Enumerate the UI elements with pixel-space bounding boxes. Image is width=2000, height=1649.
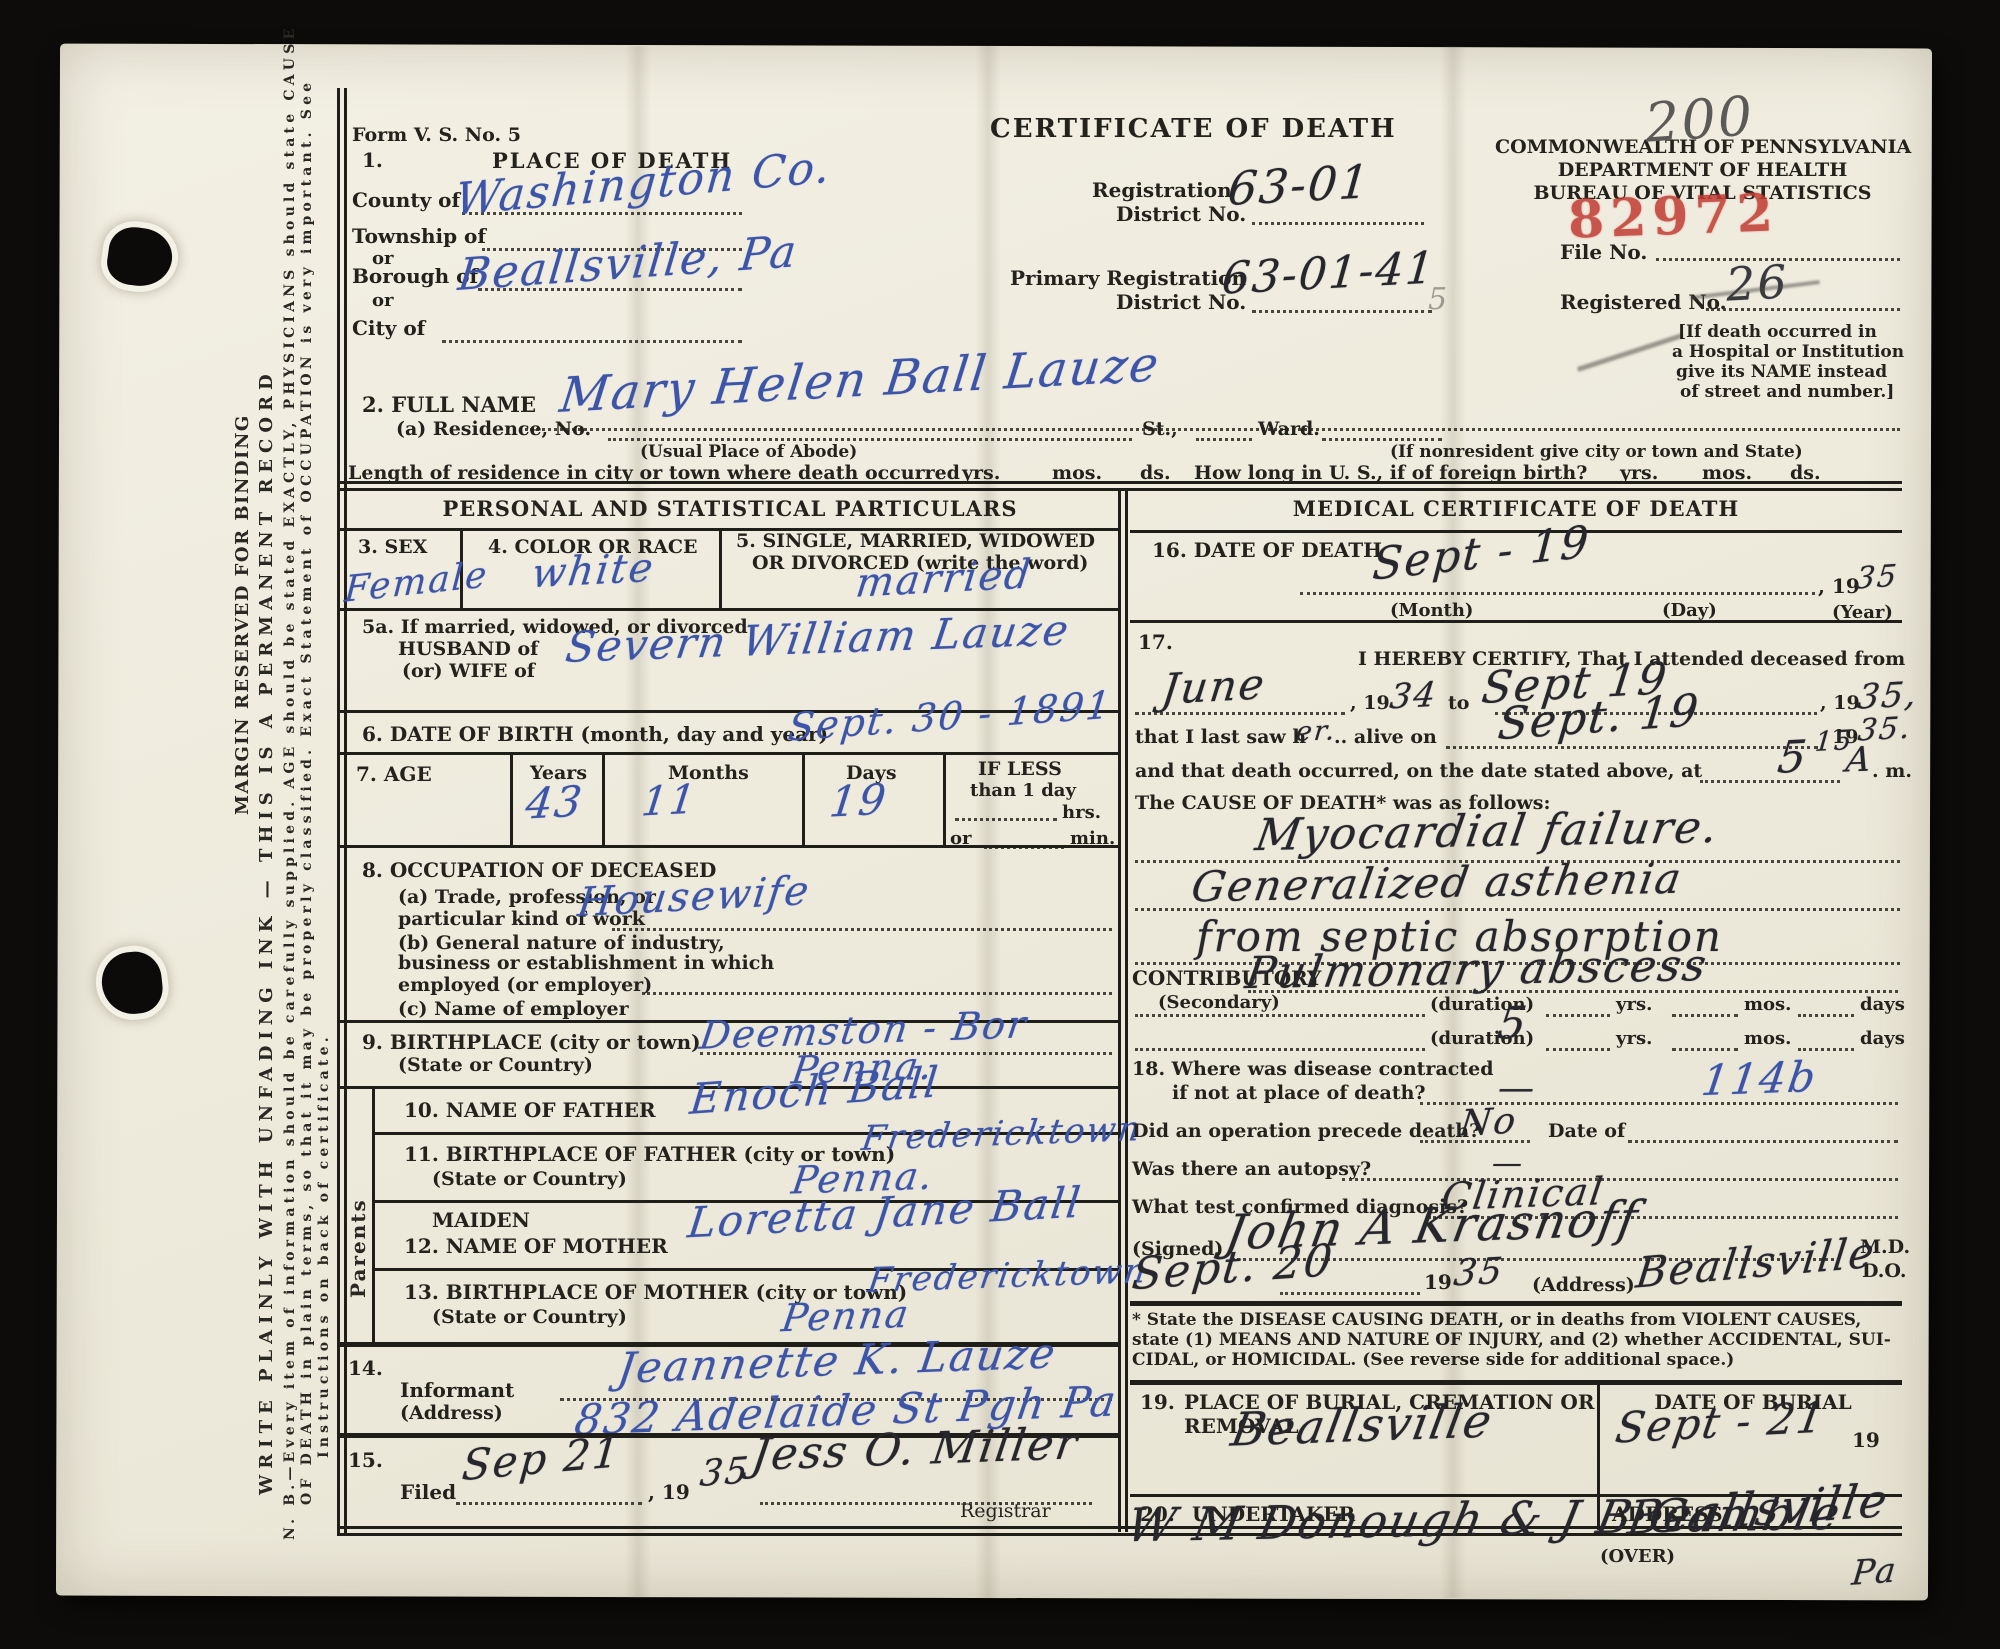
certify-from-year-printed: , 19 xyxy=(1350,692,1390,714)
cause-duration-lead xyxy=(1135,1014,1425,1017)
how-long-yrs: yrs. xyxy=(1620,462,1658,484)
residence-st-line xyxy=(1196,438,1252,441)
death-certificate-scan: MARGIN RESERVED FOR BINDING WRITE PLAINL… xyxy=(0,0,2000,1649)
filed-date-line xyxy=(456,1502,642,1505)
contributory-value: Pulmonary abscess xyxy=(1242,940,1712,999)
certify-saw-pre: that I last saw h xyxy=(1135,726,1306,748)
section1-number: 1. xyxy=(362,148,383,172)
autopsy-line xyxy=(1342,1178,1898,1181)
certify-to-word: to xyxy=(1448,692,1469,714)
how-long-mos: mos. xyxy=(1702,462,1752,484)
sex-label: 3. SEX xyxy=(358,536,427,558)
burial-date-year: 19 xyxy=(1852,1428,1880,1452)
cause-yrs: yrs. xyxy=(1616,994,1652,1015)
length-mos: mos. xyxy=(1052,462,1102,484)
cause-value-2: Generalized asthenia xyxy=(1188,854,1686,912)
marital-label-1: 5. SINGLE, MARRIED, WIDOWED xyxy=(736,530,1095,552)
length-residence-label: Length of residence in city or town wher… xyxy=(348,462,960,484)
operation-label: Did an operation precede death? xyxy=(1132,1120,1480,1142)
signed-year-printed: 19 xyxy=(1424,1270,1452,1294)
dod-line xyxy=(1300,592,1815,595)
city-line xyxy=(442,340,742,343)
occupation-b-line xyxy=(642,992,1112,995)
husband-label-2: HUSBAND of xyxy=(398,638,538,660)
primary-registration-label-1: Primary Registration xyxy=(1010,266,1246,290)
contrib-duration-d1 xyxy=(1546,1048,1610,1051)
hospital-note-2: a Hospital or Institution xyxy=(1672,342,1904,362)
age-years-value: 43 xyxy=(523,776,586,828)
secondary-label: (Secondary) xyxy=(1158,992,1280,1013)
occupation-c: (c) Name of employer xyxy=(398,998,629,1020)
registrar-label: Registrar xyxy=(960,1500,1051,1522)
burial-value: Beallsville xyxy=(1227,1393,1497,1456)
operation-date-label: Date of xyxy=(1548,1120,1625,1142)
certify-to-year-printed: , 19 xyxy=(1820,692,1860,714)
dod-year-written: 35 xyxy=(1854,558,1900,596)
ifless-label-2: than 1 day xyxy=(970,780,1076,801)
contrib-duration-d2 xyxy=(1672,1048,1738,1051)
certify-saw-hw: er. xyxy=(1294,715,1338,748)
contrib-duration-lead xyxy=(1135,1048,1425,1051)
registration-value: 63-01 xyxy=(1226,154,1373,216)
dod-day-caption: (Day) xyxy=(1662,600,1717,621)
footnote-line-1: * State the DISEASE CAUSING DEATH, or in… xyxy=(1132,1310,1861,1330)
certificate-title: CERTIFICATE OF DEATH xyxy=(990,114,1335,144)
informant-label: Informant xyxy=(400,1378,514,1402)
operation-line-2 xyxy=(1628,1140,1898,1143)
township-label: Township of xyxy=(352,224,486,248)
dod-label: 16. DATE OF DEATH xyxy=(1152,538,1382,562)
mother-bp-state-label: (State or Country) xyxy=(432,1306,627,1328)
dob-label: 6. DATE OF BIRTH (month, day and year) xyxy=(362,722,828,746)
age-label: 7. AGE xyxy=(356,762,432,786)
certify-time-line xyxy=(1700,780,1840,783)
form-number: Form V. S. No. 5 xyxy=(352,124,521,146)
husband-label-3: (or) WIFE of xyxy=(402,660,535,682)
certify-from-year-written: 34 xyxy=(1388,675,1440,718)
file-no-label: File No. xyxy=(1560,240,1647,264)
age-months-value: 11 xyxy=(639,776,700,825)
cause-mos: mos. xyxy=(1744,994,1791,1015)
margin-nb-note-2: OF DEATH in plain terms, so that it may … xyxy=(299,79,315,1505)
cause-days: days xyxy=(1860,994,1905,1015)
age-days-value: 19 xyxy=(827,774,890,826)
signed-date-line xyxy=(1280,1292,1420,1295)
margin-nb-note-1: N. B.—Every item of information should b… xyxy=(282,25,298,1540)
hospital-note-3: give its NAME instead xyxy=(1676,362,1887,382)
occupation-a-line xyxy=(612,928,1112,931)
full-name-line xyxy=(525,428,1900,431)
contrib-days: days xyxy=(1860,1028,1905,1049)
margin-nb-note-3: Instructions on back of certificate. xyxy=(316,1033,332,1458)
hospital-note-4: of street and number.] xyxy=(1680,382,1894,402)
hrs-line xyxy=(955,818,1057,821)
margin-binding-note: MARGIN RESERVED FOR BINDING xyxy=(232,414,253,815)
abode-note: (Usual Place of Abode) xyxy=(640,442,857,462)
cause-duration-d2 xyxy=(1672,1014,1738,1017)
signed-year-written: 35 xyxy=(1451,1251,1506,1295)
mother-label: 12. NAME OF MOTHER xyxy=(404,1234,668,1258)
hospital-note-1: [If death occurred in xyxy=(1678,322,1877,342)
ifless-label-1: IF LESS xyxy=(978,758,1062,780)
city-label: City of xyxy=(352,316,425,340)
filed-year-written: 35 xyxy=(698,1450,752,1495)
hrs-label: hrs. xyxy=(1062,802,1101,823)
certify-number: 17. xyxy=(1138,630,1173,654)
race-value: white xyxy=(529,545,657,598)
q18-value: 114b xyxy=(1699,1052,1821,1105)
contrib-duration-d3 xyxy=(1798,1048,1854,1051)
county-label: County of xyxy=(352,188,460,212)
form-left-border xyxy=(337,88,347,1536)
birthplace-state-label: (State or Country) xyxy=(398,1054,593,1076)
occupation-b1: (b) General nature of industry, xyxy=(398,932,725,954)
primary-registration-line xyxy=(1252,310,1432,313)
length-ds: ds. xyxy=(1140,462,1171,484)
burial-number: 19. xyxy=(1140,1390,1175,1414)
filed-number: 15. xyxy=(348,1448,383,1472)
cause-duration-d3 xyxy=(1798,1014,1854,1017)
filed-year-printed: , 19 xyxy=(648,1480,690,1504)
cause-duration-d1 xyxy=(1546,1014,1610,1017)
parents-group-label: Parents xyxy=(346,1198,370,1298)
certify-saw-post: .. alive on xyxy=(1334,726,1437,748)
certify-occurred: and that death occurred, on the date sta… xyxy=(1135,760,1702,782)
residence-st-label: St., xyxy=(1142,418,1178,440)
nonresident-note: (If nonresident give city or town and St… xyxy=(1390,442,1803,462)
certify-time-a: A xyxy=(1844,739,1875,780)
certify-time-m: . m. xyxy=(1872,760,1912,782)
filed-label: Filed xyxy=(400,1480,456,1504)
q18-label-1: 18. Where was disease contracted xyxy=(1132,1058,1493,1080)
footnote-line-3: CIDAL, or HOMICIDAL. (See reverse side f… xyxy=(1132,1350,1734,1370)
autopsy-label: Was there an autopsy? xyxy=(1132,1158,1371,1180)
medical-section-title: MEDICAL CERTIFICATE OF DEATH xyxy=(1130,496,1902,521)
marital-value: married xyxy=(853,551,1035,607)
registration-label-1: Registration xyxy=(1092,178,1232,202)
contrib-yrs: yrs. xyxy=(1616,1028,1652,1049)
residence-ward-line xyxy=(1322,438,1442,441)
registration-line xyxy=(1252,222,1424,225)
registered-no-value: 26 xyxy=(1725,254,1790,311)
or-label-2: or xyxy=(372,290,394,311)
undertaker-address-value-2: Pa xyxy=(1850,1550,1900,1594)
father-label: 10. NAME OF FATHER xyxy=(404,1098,656,1122)
informant-number: 14. xyxy=(348,1356,383,1380)
length-yrs: yrs. xyxy=(962,462,1000,484)
residence-ward-label: Ward. xyxy=(1258,418,1320,440)
operation-value: No xyxy=(1458,1100,1520,1144)
over-label: (OVER) xyxy=(1600,1546,1675,1567)
certify-from-value: June xyxy=(1159,659,1269,714)
commonwealth-line2: DEPARTMENT OF HEALTH xyxy=(1495,159,1910,181)
father-bp-state-label: (State or Country) xyxy=(432,1168,627,1190)
q18-label-2: if not at place of death? xyxy=(1172,1082,1426,1104)
personal-section-title: PERSONAL AND STATISTICAL PARTICULARS xyxy=(340,496,1120,521)
dod-month-caption: (Month) xyxy=(1390,600,1473,621)
how-long-ds: ds. xyxy=(1790,462,1821,484)
full-name-label: 2. FULL NAME xyxy=(362,392,536,417)
occupation-b3: employed (or employer) xyxy=(398,974,652,996)
birthplace-label: 9. BIRTHPLACE (city or town) xyxy=(362,1030,701,1054)
contrib-mos: mos. xyxy=(1744,1028,1791,1049)
how-long-label: How long in U. S., if of foreign birth? xyxy=(1194,462,1587,484)
maiden-label: MAIDEN xyxy=(432,1208,530,1232)
signed-address-label: (Address) xyxy=(1532,1274,1635,1296)
cause-value-1: Myocardial failure. xyxy=(1252,802,1723,861)
pencil-number: 200 xyxy=(1643,84,1756,154)
residence-line xyxy=(608,438,1132,441)
margin-ink-note: WRITE PLAINLY WITH UNFADING INK — THIS I… xyxy=(256,368,277,1495)
footnote-line-2: state (1) MEANS AND NATURE OF INJURY, an… xyxy=(1132,1330,1891,1350)
informant-address-label: (Address) xyxy=(400,1402,503,1424)
occupation-b2: business or establishment in which xyxy=(398,952,774,974)
residence-label: (a) Residence, No. xyxy=(396,418,591,440)
